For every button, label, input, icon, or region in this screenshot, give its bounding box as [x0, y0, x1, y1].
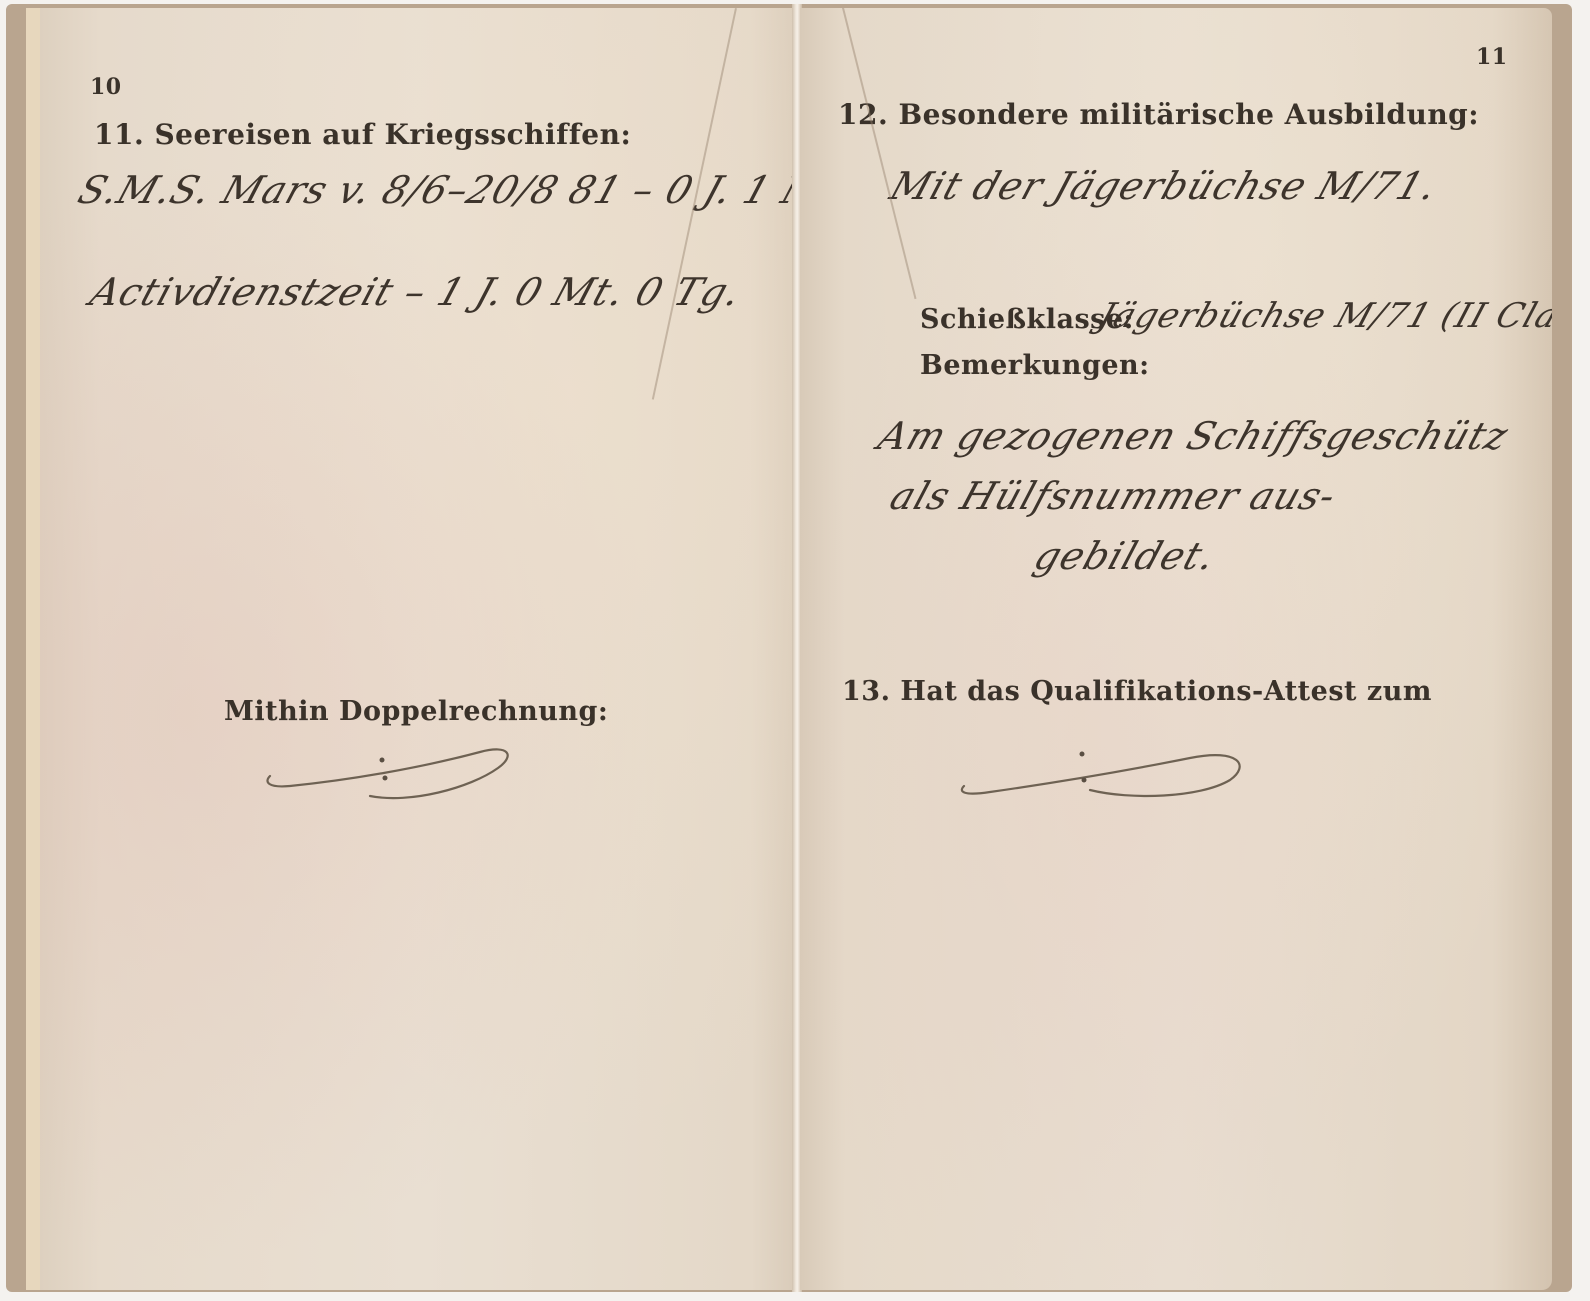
section-11-handwritten-active-service: Activdienstzeit – 1 J. 0 Mt. 0 Tg.	[85, 270, 748, 314]
blank-flourish-icon	[950, 736, 1250, 816]
remarks-label: Bemerkungen:	[920, 350, 1150, 381]
shooting-class-handwritten-value: Jägerbüchse M/71 (II Classe)	[1094, 296, 1552, 336]
page-number-right: 11	[1476, 44, 1508, 70]
section-12-handwritten-value: Mit der Jägerbüchse M/71.	[885, 164, 1443, 208]
paper-crease	[842, 8, 917, 299]
section-13-label: 13. Hat das Qualifikations-Attest zum	[842, 676, 1432, 707]
section-11-label: 11. Seereisen auf Kriegsschiffen:	[94, 118, 631, 151]
remarks-handwritten-line-2: als Hülfsnummer aus-	[885, 474, 1342, 518]
blank-flourish-icon	[260, 738, 520, 818]
section-12-label: 12. Besondere militärische Ausbildung:	[838, 98, 1479, 131]
summary-label: Mithin Doppelrechnung:	[224, 696, 608, 727]
book-spread: 10 11. Seereisen auf Kriegsschiffen: S.M…	[6, 4, 1572, 1292]
remarks-handwritten-line-1: Am gezogenen Schiffsgeschütz	[873, 414, 1514, 458]
left-page: 10 11. Seereisen auf Kriegsschiffen: S.M…	[26, 8, 796, 1290]
right-page: 11 12. Besondere militärische Ausbildung…	[800, 8, 1552, 1290]
page-number-left: 10	[90, 74, 122, 100]
section-11-handwritten-voyage: S.M.S. Mars v. 8/6–20/8 81 – 0 J. 1 Mt. …	[73, 168, 796, 212]
remarks-handwritten-line-3: gebildet.	[1029, 534, 1222, 578]
